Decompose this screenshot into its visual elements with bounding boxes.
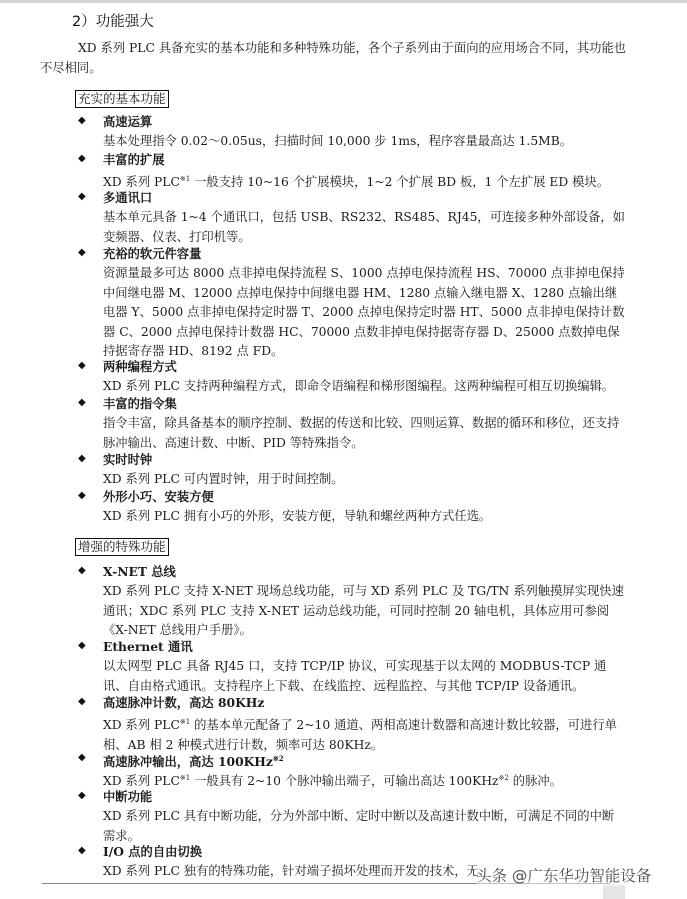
feature-title: 外形小巧、安装方便 (103, 488, 214, 506)
bullet-icon: ◆ (78, 790, 86, 801)
bullet-icon: ◆ (78, 696, 86, 707)
feature-body: 基本单元具备 1~4 个通讯口，包括 USB、RS232、RS485、RJ45，… (103, 208, 625, 247)
feature-body: XD 系列 PLC 可内置时钟，用于时间控制。 (103, 470, 625, 490)
feature-title: 高速运算 (103, 113, 152, 131)
feature-title: I/O 点的自由切换 (103, 843, 202, 861)
feature-title: 充裕的软元件容量 (103, 245, 201, 263)
bullet-icon: ◆ (78, 115, 86, 126)
feature-body: XD 系列 PLC※1 一般支持 10~16 个扩展模块，1~2 个扩展 BD … (103, 170, 625, 193)
feature-title: 丰富的指令集 (103, 395, 177, 413)
feature-title: X-NET 总线 (103, 563, 176, 581)
section-title-special-functions: 增强的特殊功能 (75, 538, 169, 556)
feature-body: 资源量最多可达 8000 点非掉电保持流程 S、1000 点掉电保持流程 HS、… (103, 264, 625, 362)
bullet-icon: ◆ (78, 453, 86, 464)
feature-body: XD 系列 PLC 具有中断功能，分为外部中断、定时中断以及高速计数中断，可满足… (103, 807, 625, 846)
bullet-icon: ◆ (78, 640, 86, 651)
feature-title: 实时时钟 (103, 451, 152, 469)
feature-body: 基本处理指令 0.02～0.05us，扫描时间 10,000 步 1ms，程序容… (103, 132, 625, 152)
footnote-mark: ※2 (499, 774, 509, 782)
bullet-icon: ◆ (78, 360, 86, 371)
page-corner-block (603, 884, 625, 899)
bullet-icon: ◆ (78, 191, 86, 202)
feature-body: XD 系列 PLC 支持 X-NET 现场总线功能，可与 XD 系列 PLC 及… (103, 582, 625, 641)
footnote-mark: ※1 (180, 718, 190, 726)
bullet-icon: ◆ (78, 247, 86, 258)
footnote-mark: ※1 (180, 774, 190, 782)
intro-paragraph: XD 系列 PLC 具备充实的基本功能和多种特殊功能，各个子系列由于面向的应用场… (40, 38, 630, 78)
watermark: 头条 @广东华功智能设备 (476, 864, 651, 886)
feature-body: XD 系列 PLC※1 的基本单元配备了 2~10 通道、两相高速计数器和高速计… (103, 713, 625, 755)
feature-title: Ethernet 通讯 (103, 638, 193, 656)
feature-title: 丰富的扩展 (103, 151, 165, 169)
feature-body: XD 系列 PLC※1 一般具有 2~10 个脉冲输出端子，可输出高达 100K… (103, 769, 625, 792)
feature-title: 多通讯口 (103, 189, 152, 207)
feature-body: 以太网型 PLC 具备 RJ45 口，支持 TCP/IP 协议，可实现基于以太网… (103, 657, 625, 696)
top-border (0, 0, 687, 3)
feature-title: 高速脉冲输出，高达 100KHz※2 (103, 750, 284, 771)
feature-body: 指令丰富，除具备基本的顺序控制、数据的传送和比较、四则运算、数据的循环和移位，还… (103, 414, 625, 453)
section-heading: 2）功能强大 (72, 10, 154, 31)
bullet-icon: ◆ (78, 490, 86, 501)
feature-body: XD 系列 PLC 拥有小巧的外形，安装方便，导轨和螺丝两种方式任选。 (103, 507, 625, 527)
feature-title: 两种编程方式 (103, 358, 177, 376)
bullet-icon: ◆ (78, 752, 86, 763)
footnote-mark: ※1 (180, 175, 190, 183)
feature-title: 高速脉冲计数，高达 80KHz (103, 694, 264, 712)
footnote-mark: ※2 (273, 754, 284, 763)
bullet-icon: ◆ (78, 845, 86, 856)
bullet-icon: ◆ (78, 153, 86, 164)
feature-body: XD 系列 PLC 支持两种编程方式，即命令语编程和梯形图编程。这两种编程可相互… (103, 377, 625, 397)
feature-title: 中断功能 (103, 788, 152, 806)
section-title-basic-functions: 充实的基本功能 (75, 90, 169, 108)
bullet-icon: ◆ (78, 397, 86, 408)
bullet-icon: ◆ (78, 565, 86, 576)
